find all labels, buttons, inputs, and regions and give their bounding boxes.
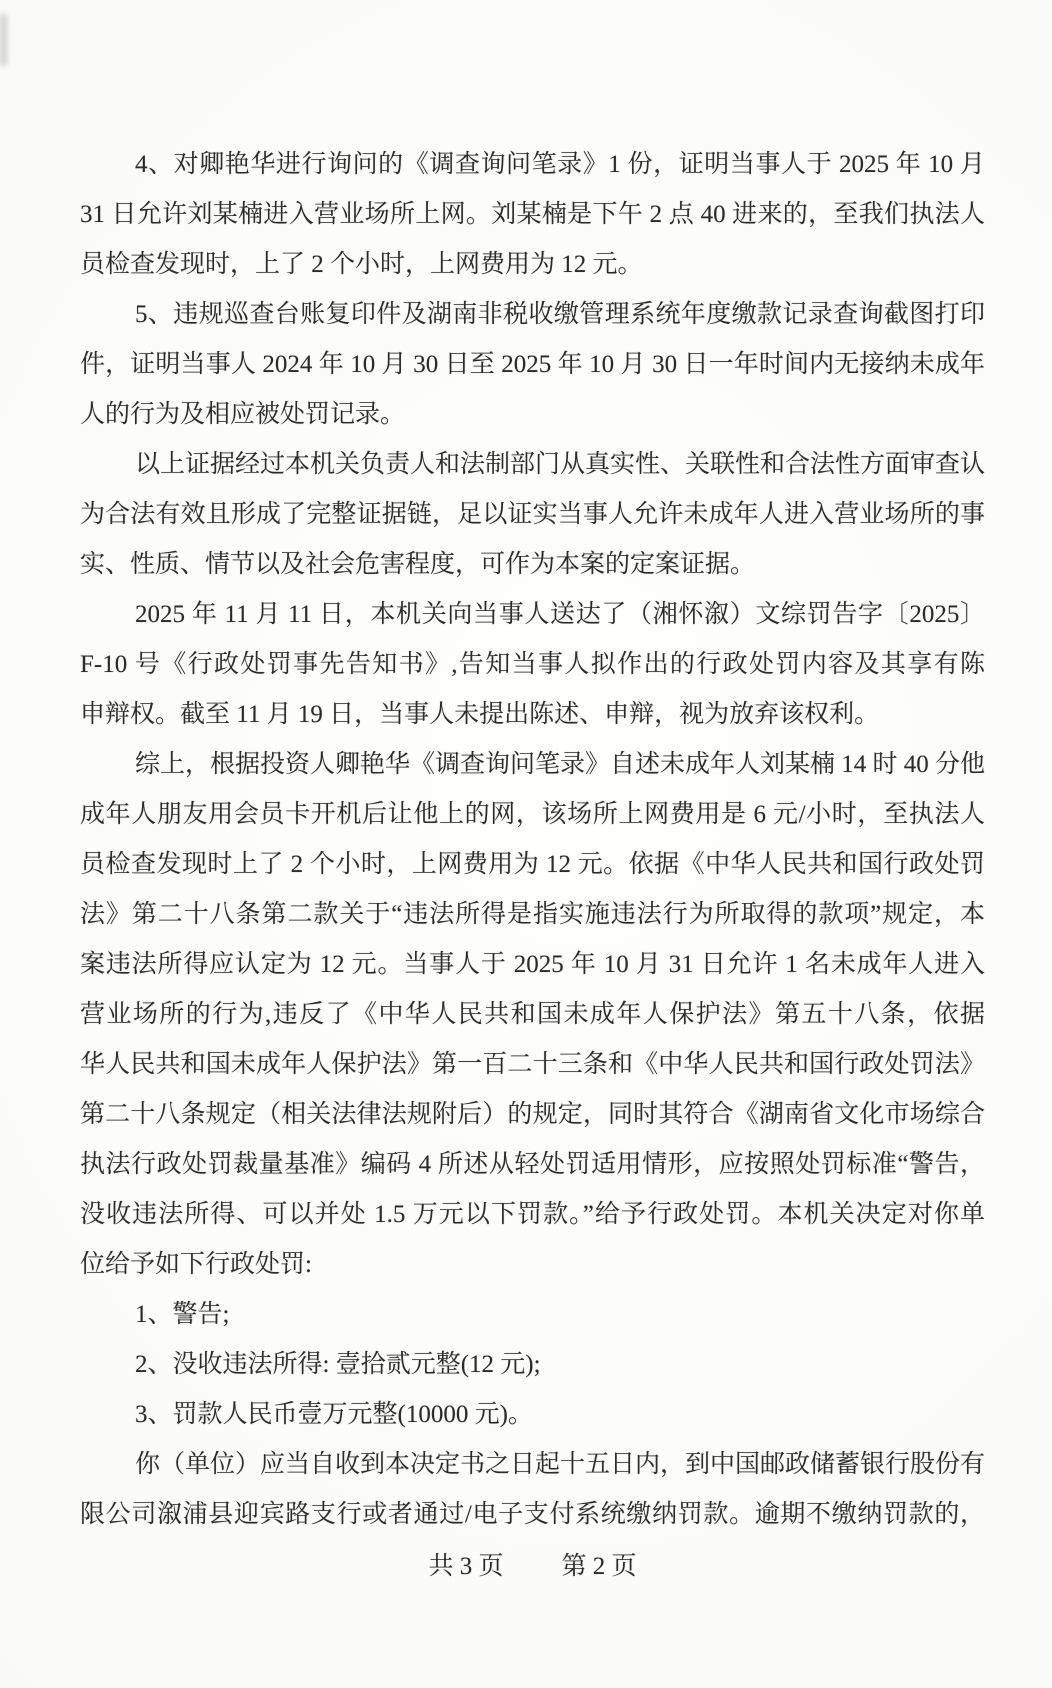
- doc-line: 以上证据经过本机关负责人和法制部门从真实性、关联性和合法性方面审查认: [80, 440, 985, 490]
- doc-line: 法》第二十八条第二款关于“违法所得是指实施违法行为所取得的款项”规定，本: [80, 890, 985, 940]
- document-page: 4、对卿艳华进行询问的《调查询问笔录》1 份，证明当事人于 2025 年 10 …: [0, 0, 1052, 1688]
- doc-line: 员检查发现时上了 2 个小时，上网费用为 12 元。依据《中华人民共和国行政处罚: [80, 840, 985, 890]
- doc-line: 4、对卿艳华进行询问的《调查询问笔录》1 份，证明当事人于 2025 年 10 …: [80, 140, 985, 190]
- doc-line: 申辩权。截至 11 月 19 日，当事人未提出陈述、申辩，视为放弃该权利。: [80, 690, 985, 740]
- doc-line: 实、性质、情节以及社会危害程度，可作为本案的定案证据。: [80, 540, 985, 590]
- doc-line: 为合法有效且形成了完整证据链，足以证实当事人允许未成年人进入营业场所的事: [80, 490, 985, 540]
- doc-line: 综上，根据投资人卿艳华《调查询问笔录》自述未成年人刘某楠 14 时 40 分他: [80, 740, 985, 790]
- doc-line: 第二十八条规定（相关法律法规附后）的规定，同时其符合《湖南省文化市场综合: [80, 1090, 985, 1140]
- doc-line: 件，证明当事人 2024 年 10 月 30 日至 2025 年 10 月 30…: [80, 340, 985, 390]
- penalty-item-warning: 1、警告;: [80, 1290, 985, 1340]
- doc-line: 没收违法所得、可以并处 1.5 万元以下罚款。”给予行政处罚。本机关决定对你单: [80, 1190, 985, 1240]
- doc-line: 人的行为及相应被处罚记录。: [80, 390, 985, 440]
- doc-line: 成年人朋友用会员卡开机后让他上的网，该场所上网费用是 6 元/小时，至执法人: [80, 790, 985, 840]
- footer-current-page: 第 2 页: [562, 1542, 637, 1592]
- doc-line: F-10 号《行政处罚事先告知书》,告知当事人拟作出的行政处罚内容及其享有陈述、: [80, 640, 985, 690]
- doc-line: 你（单位）应当自收到本决定书之日起十五日内，到中国邮政储蓄银行股份有: [80, 1440, 985, 1490]
- doc-line: 5、违规巡查台账复印件及湖南非税收缴管理系统年度缴款记录查询截图打印: [80, 290, 985, 340]
- doc-line: 华人民共和国未成年人保护法》第一百二十三条和《中华人民共和国行政处罚法》: [80, 1040, 985, 1090]
- doc-line: 31 日允许刘某楠进入营业场所上网。刘某楠是下午 2 点 40 进来的，至我们执…: [80, 190, 985, 240]
- footer-total-pages: 共 3 页: [428, 1542, 503, 1592]
- doc-line: 员检查发现时，上了 2 个小时，上网费用为 12 元。: [80, 240, 985, 290]
- doc-line: 限公司溆浦县迎宾路支行或者通过/电子支付系统缴纳罚款。逾期不缴纳罚款的，: [80, 1490, 985, 1540]
- doc-line: 执法行政处罚裁量基准》编码 4 所述从轻处罚适用情形，应按照处罚标准“警告，: [80, 1140, 985, 1190]
- doc-line: 位给予如下行政处罚:: [80, 1240, 985, 1290]
- penalty-item-fine: 3、罚款人民币壹万元整(10000 元)。: [80, 1390, 985, 1440]
- doc-line: 案违法所得应认定为 12 元。当事人于 2025 年 10 月 31 日允许 1…: [80, 940, 985, 990]
- penalty-item-confiscation: 2、没收违法所得: 壹拾贰元整(12 元);: [80, 1340, 985, 1390]
- photo-artifact: [0, 14, 7, 66]
- page-footer: 共 3 页 第 2 页: [80, 1542, 985, 1592]
- doc-line: 2025 年 11 月 11 日，本机关向当事人送达了（湘怀溆）文综罚告字〔20…: [80, 590, 985, 640]
- document-body: 4、对卿艳华进行询问的《调查询问笔录》1 份，证明当事人于 2025 年 10 …: [80, 140, 985, 1592]
- doc-line: 营业场所的行为,违反了《中华人民共和国未成年人保护法》第五十八条，依据《中: [80, 990, 985, 1040]
